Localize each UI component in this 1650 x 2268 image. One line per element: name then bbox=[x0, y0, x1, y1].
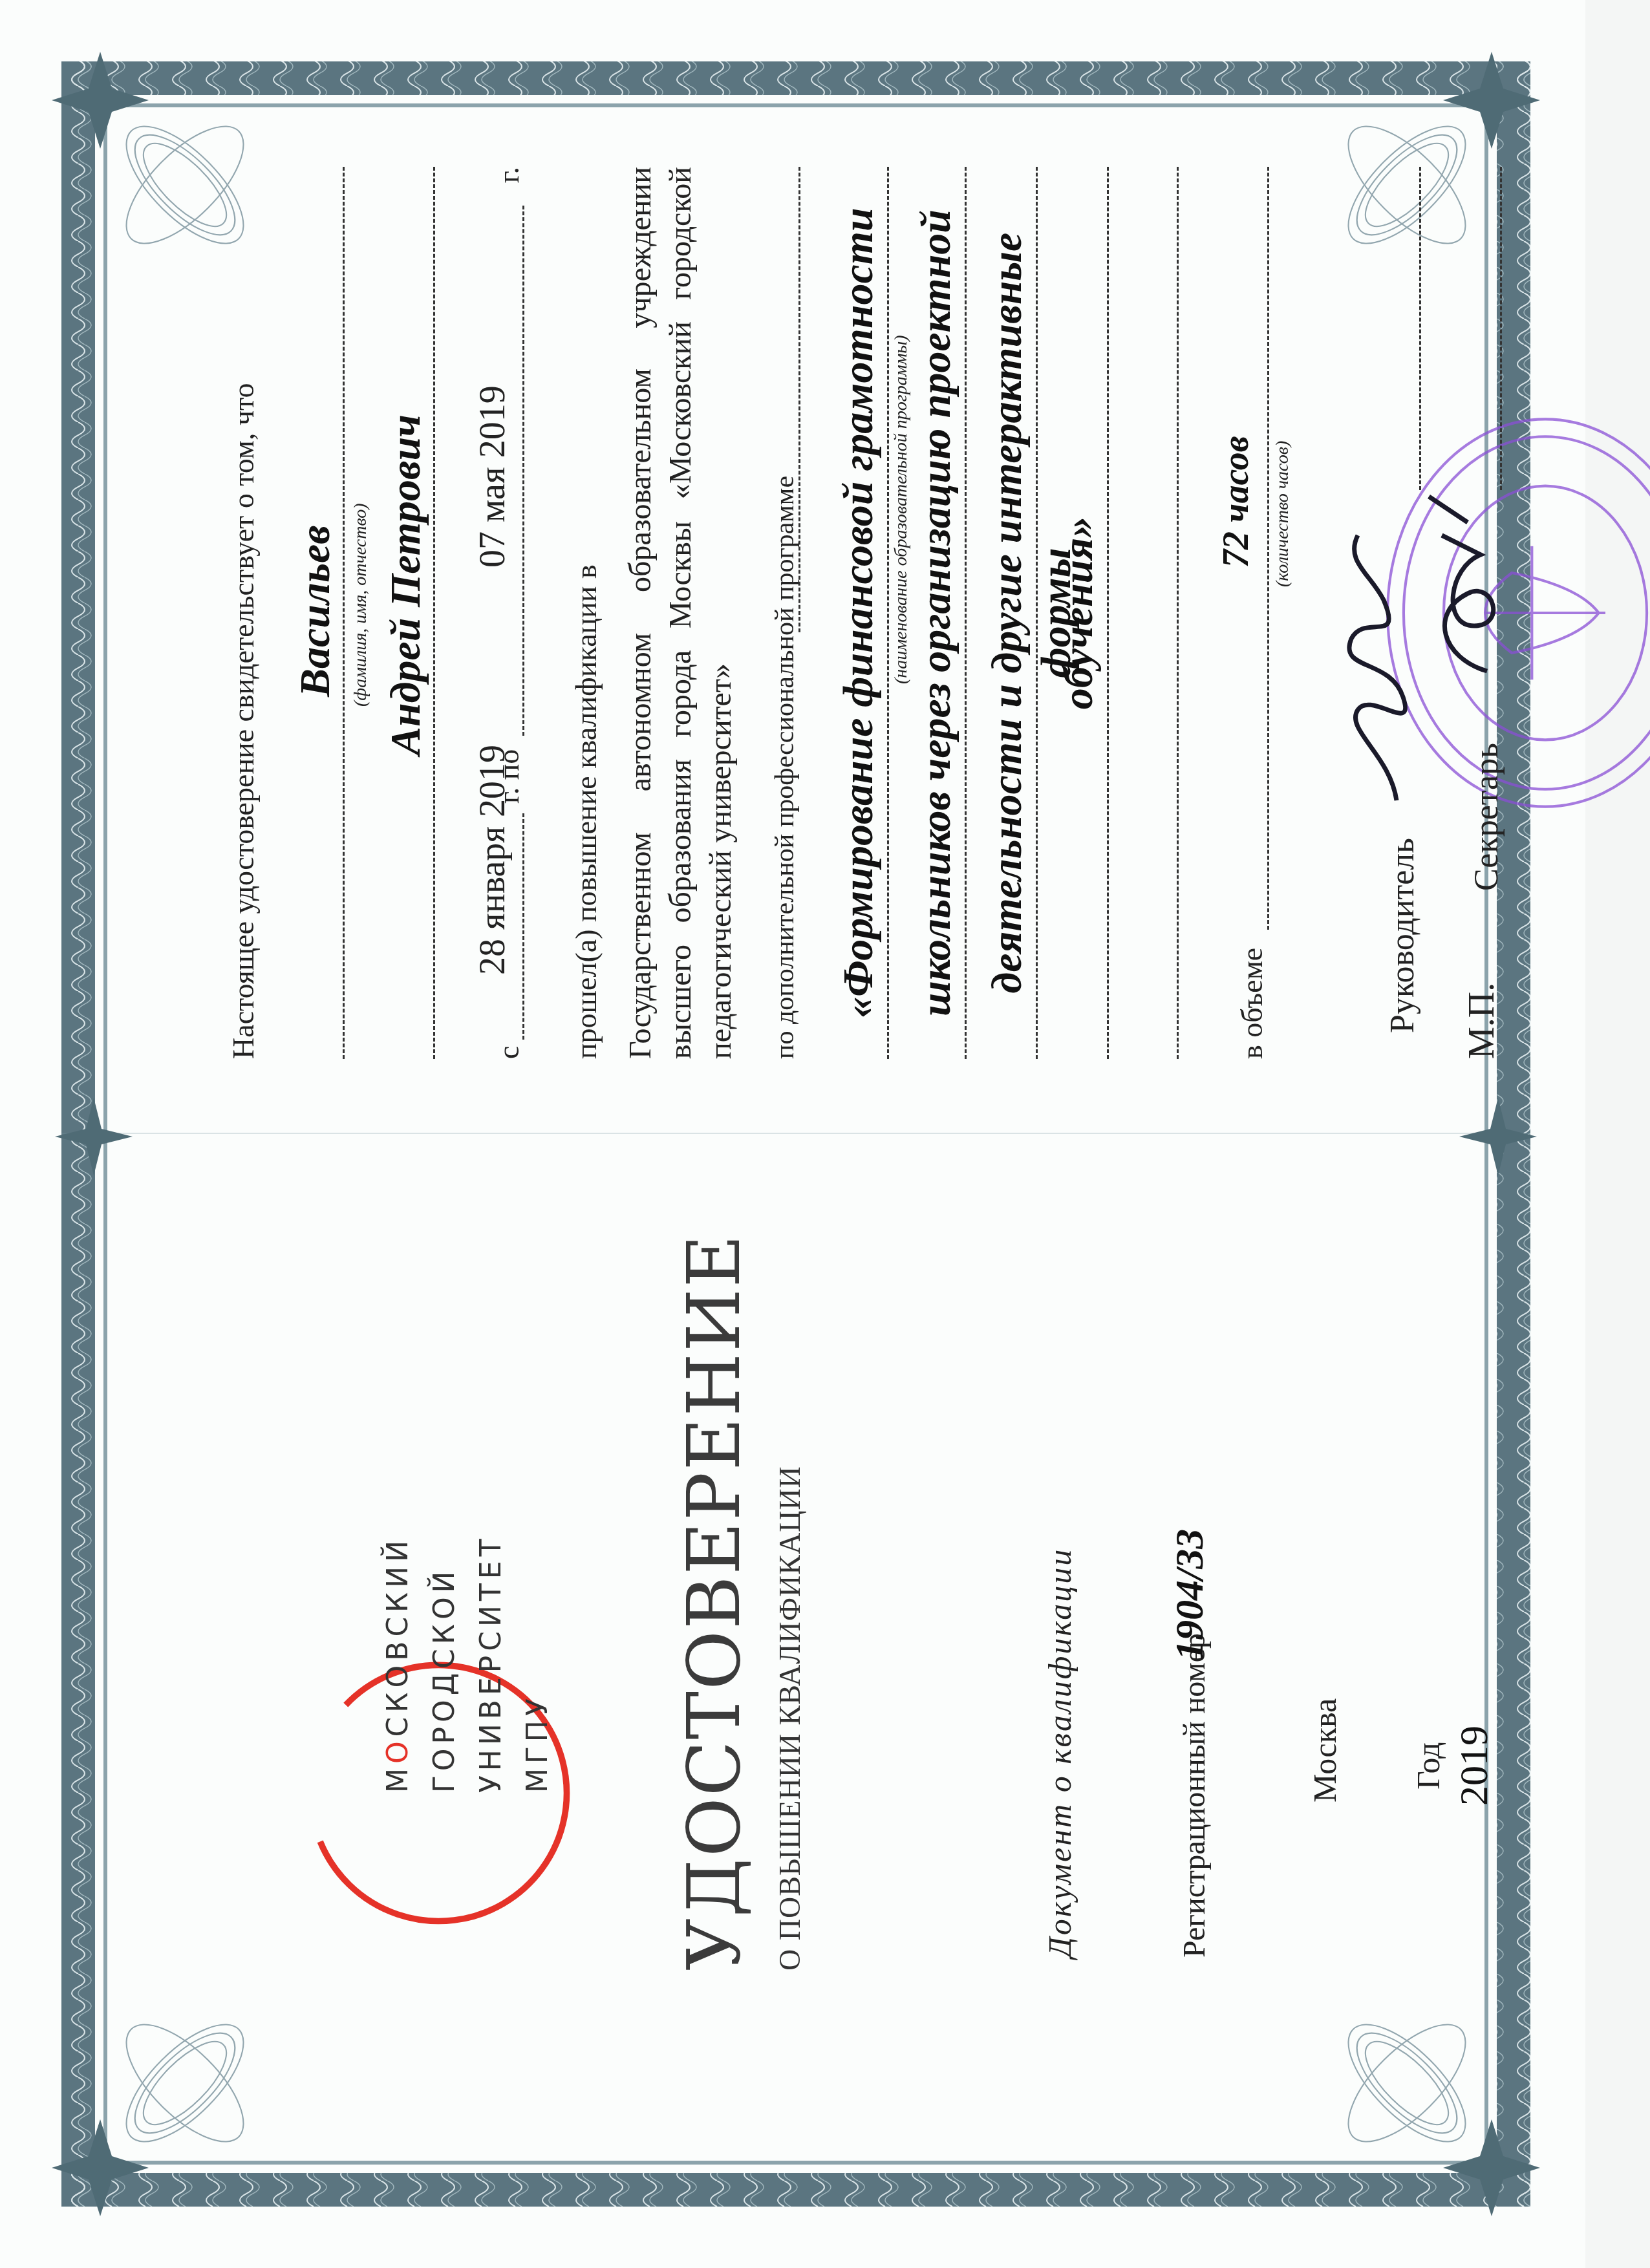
document-subtitle: О ПОВЫШЕНИИ КВАЛИФИКАЦИИ bbox=[773, 1466, 807, 1971]
year-value: 2019 bbox=[1452, 1726, 1497, 1806]
institution-name: Государственном автономном образовательн… bbox=[621, 167, 741, 1059]
university-logo: МОСКОВСКИЙ ГОРОДСКОЙ УНИВЕРСИТЕТ МГПУ bbox=[297, 1615, 621, 1938]
date-from-line bbox=[522, 813, 524, 1040]
given-names-line bbox=[433, 167, 435, 1059]
fold-ornament-icon bbox=[55, 1098, 133, 1175]
center-fold bbox=[61, 1133, 1530, 1134]
secretary-signature-line bbox=[1500, 167, 1502, 490]
logo-accent-letter: О bbox=[381, 1737, 414, 1764]
date-suffix: г. bbox=[491, 167, 526, 183]
head-label: Руководитель bbox=[1384, 838, 1422, 1033]
program-caption: (наименование образовательной программы) bbox=[891, 335, 912, 684]
date-from-prefix: с bbox=[491, 1046, 526, 1059]
surname: Васильев bbox=[291, 525, 340, 697]
program-line-4-rule bbox=[1107, 167, 1109, 1059]
program-title-line-2: школьников через организацию проектной bbox=[912, 167, 961, 1059]
date-to-line bbox=[522, 206, 524, 736]
logo-text: МОСКОВСКИЙ ГОРОДСКОЙ УНИВЕРСИТЕТ МГПУ bbox=[375, 1534, 561, 1793]
program-title-line-1: «Формирование финансовой грамотности bbox=[834, 167, 883, 1059]
program-line-2-rule bbox=[965, 167, 967, 1059]
program-title-line-4: обучения» bbox=[1054, 167, 1103, 1059]
logo-line-1-rest: СКОВСКИЙ bbox=[381, 1536, 414, 1737]
right-page: Настоящее удостоверение свидетельствует … bbox=[168, 167, 1437, 1059]
volume-label: в объеме bbox=[1235, 948, 1269, 1059]
date-middle: г. по bbox=[491, 749, 526, 804]
fold-ornament-icon bbox=[1459, 1098, 1537, 1175]
logo-line-1-start: М bbox=[381, 1764, 414, 1793]
volume-line bbox=[1267, 167, 1269, 930]
date-to: 07 мая 2019 bbox=[472, 385, 513, 568]
surname-line bbox=[343, 167, 345, 1059]
secretary-signature bbox=[1416, 490, 1513, 684]
document-title: УДОСТОВЕРЕНИЕ bbox=[672, 1234, 756, 1971]
year-label: Год bbox=[1409, 1742, 1447, 1790]
intro-text: Настоящее удостоверение свидетельствует … bbox=[226, 383, 261, 1059]
seal-label: М.П. bbox=[1461, 983, 1503, 1059]
program-line-3-rule bbox=[1036, 167, 1038, 1059]
program-intro-line bbox=[798, 167, 800, 632]
passed-text: прошел(а) повышение квалификации в bbox=[569, 564, 603, 1059]
name-caption: (фамилия, имя, отчество) bbox=[350, 503, 371, 707]
logo-line-3: УНИВЕРСИТЕТ bbox=[468, 1534, 515, 1793]
certificate-sheet: МОСКОВСКИЙ ГОРОДСКОЙ УНИВЕРСИТЕТ МГПУ УД… bbox=[0, 0, 1650, 2268]
scan-edge bbox=[1585, 0, 1650, 2268]
secretary-label: Секретарь bbox=[1468, 743, 1506, 891]
program-line-5-rule bbox=[1177, 167, 1179, 1059]
registration-label: Регистрационный номер bbox=[1177, 1633, 1212, 1958]
logo-line-4: МГПУ bbox=[515, 1534, 561, 1793]
volume-caption: (количество часов) bbox=[1272, 441, 1293, 587]
logo-line-2: ГОРОДСКОЙ bbox=[422, 1534, 468, 1793]
volume-value: 72 часов bbox=[1216, 436, 1257, 568]
given-names: Андрей Петрович bbox=[381, 414, 431, 755]
program-intro: по дополнительной профессиональной прогр… bbox=[769, 476, 800, 1059]
head-signature-line bbox=[1419, 167, 1421, 490]
left-page: МОСКОВСКИЙ ГОРОДСКОЙ УНИВЕРСИТЕТ МГПУ УД… bbox=[168, 1208, 1437, 2100]
city: Москва bbox=[1306, 1698, 1344, 1803]
registration-number: 1904/33 bbox=[1167, 1529, 1213, 1660]
program-line-1-rule bbox=[887, 167, 889, 1059]
document-kind: Документ о квалификации bbox=[1041, 1548, 1078, 1958]
